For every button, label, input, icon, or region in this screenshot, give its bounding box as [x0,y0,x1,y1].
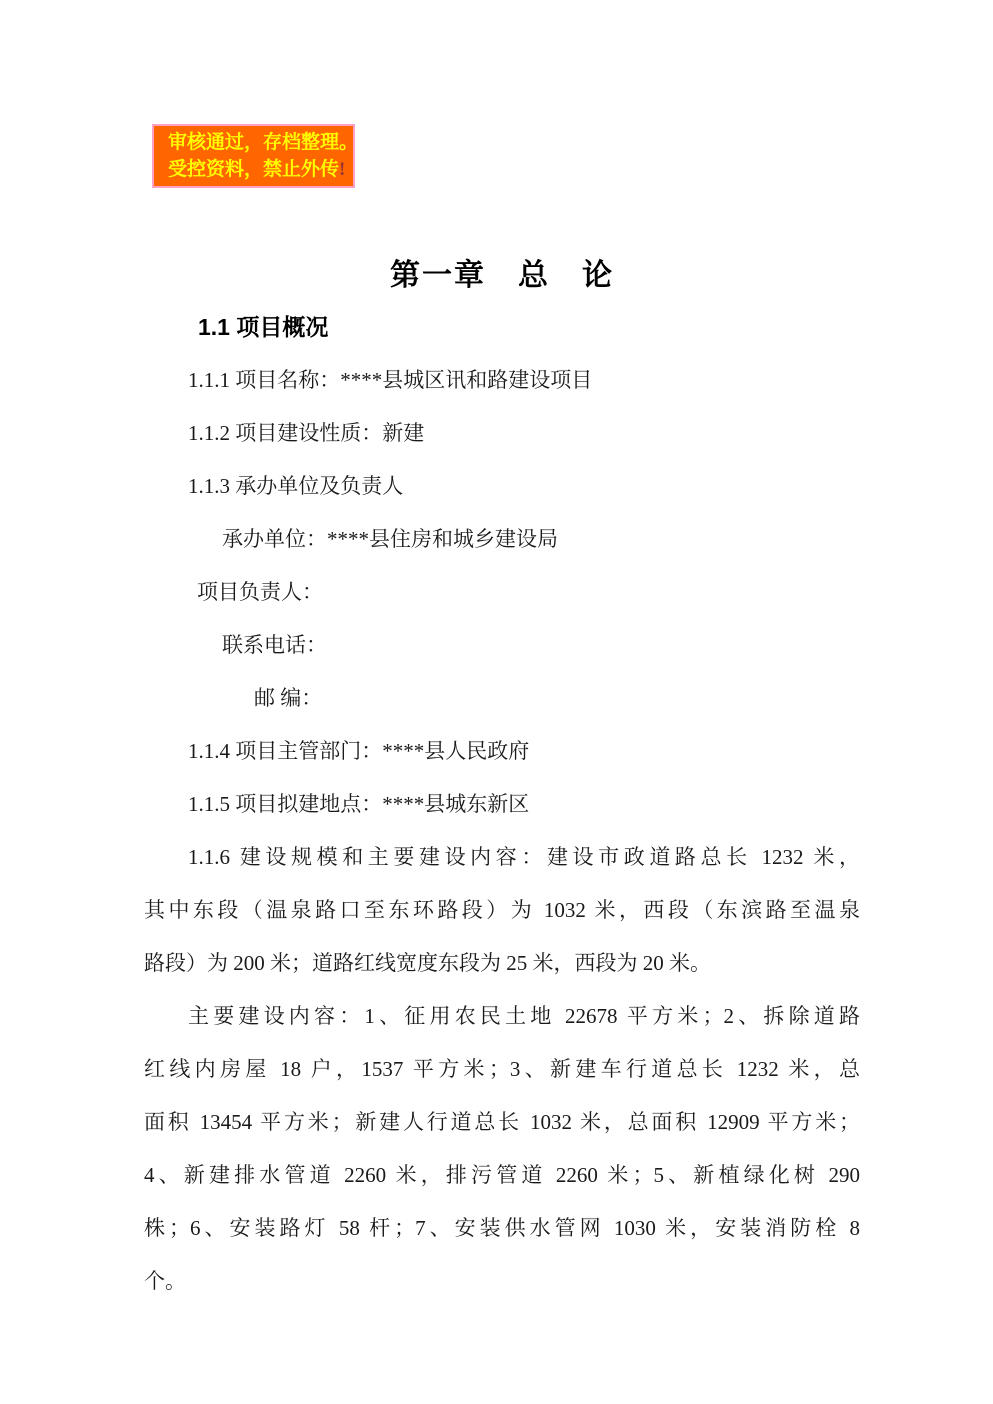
document-content: 第一章 总 论 1.1 项目概况 1.1.1 项目名称：****县城区讯和路建设… [144,0,860,1404]
doc-line-undertaker-unit: 承办单位：****县住房和城乡建设局 [144,513,860,566]
doc-line-main-content-1: 主要建设内容：1、征用农民土地 22678 平方米；2、拆除道路 [144,990,860,1043]
doc-line-main-content-2: 红线内房屋 18 户，1537 平方米；3、新建车行道总长 1232 米，总 [144,1043,860,1096]
doc-line-main-content-5: 株；6、安装路灯 58 杆；7、安装供水管网 1030 米，安装消防栓 8 [144,1202,860,1255]
doc-line-undertaker-heading: 1.1.3 承办单位及负责人 [144,460,860,513]
doc-line-authority: 1.1.4 项目主管部门：****县人民政府 [144,725,860,778]
doc-line-location: 1.1.5 项目拟建地点：****县城东新区 [144,778,860,831]
doc-line-project-leader: 项目负责人： [144,566,860,619]
section-heading: 1.1 项目概况 [198,309,328,342]
doc-line-scale-1: 1.1.6 建设规模和主要建设内容：建设市政道路总长 1232 米， [144,831,860,884]
doc-line-main-content-4: 4、新建排水管道 2260 米，排污管道 2260 米；5、新植绿化树 290 [144,1149,860,1202]
doc-line-contact-phone: 联系电话： [144,619,860,672]
doc-line-project-name: 1.1.1 项目名称：****县城区讯和路建设项目 [144,354,860,407]
doc-line-main-content-6: 个。 [144,1255,860,1308]
doc-line-postal-code: 邮 编： [144,672,860,725]
document-page: 审核通过，存档整理。 受控资料，禁止外传! 第一章 总 论 1.1 项目概况 1… [0,0,993,1404]
doc-line-project-nature: 1.1.2 项目建设性质：新建 [144,407,860,460]
body-text: 1.1.1 项目名称：****县城区讯和路建设项目 1.1.2 项目建设性质：新… [144,354,860,1308]
doc-line-scale-3: 路段）为 200 米；道路红线宽度东段为 25 米，西段为 20 米。 [144,937,860,990]
doc-line-scale-2: 其中东段（温泉路口至东环路段）为 1032 米，西段（东滨路至温泉 [144,884,860,937]
doc-line-main-content-3: 面积 13454 平方米；新建人行道总长 1032 米，总面积 12909 平方… [144,1096,860,1149]
chapter-title: 第一章 总 论 [144,250,860,294]
